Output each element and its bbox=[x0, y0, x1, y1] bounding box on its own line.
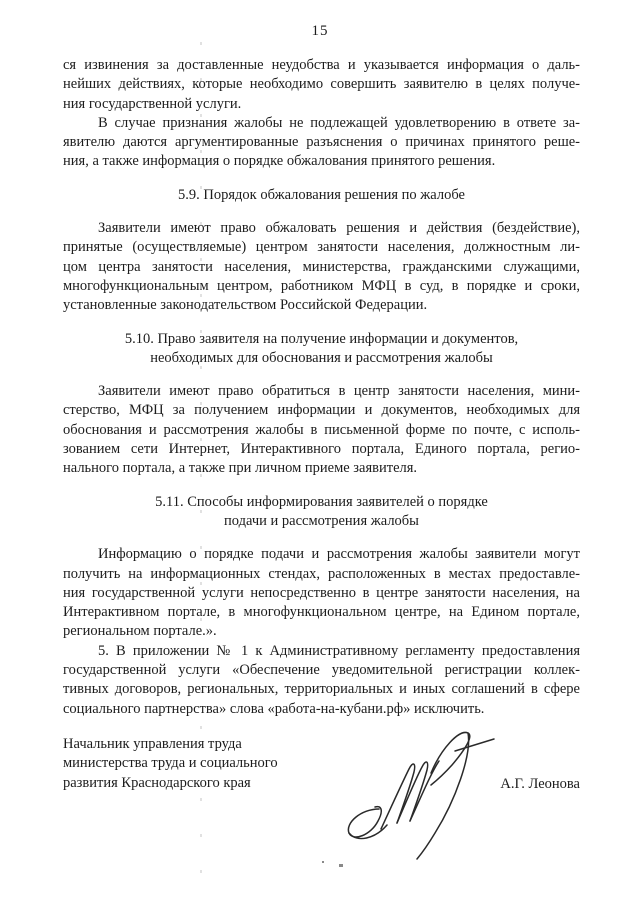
text-line: принятые (осуществляемые) центром занято… bbox=[63, 238, 580, 257]
text-line: ния государственной услуги непосредствен… bbox=[63, 584, 580, 603]
text-line: Информацию о порядке подачи и рассмотрен… bbox=[63, 545, 580, 564]
text-line: цом центра занятости населения, министер… bbox=[63, 258, 580, 277]
text-line: явителю даются аргументированные разъясн… bbox=[63, 133, 580, 152]
text-line: тивных договоров, региональных, территор… bbox=[63, 680, 580, 699]
document-body: ся извинения за доставленные неудобства … bbox=[63, 56, 580, 719]
text-line: государственной услуги «Обеспечение увед… bbox=[63, 661, 580, 680]
text-line: Заявители имеют право обжаловать решения… bbox=[63, 219, 580, 238]
text-line: В случае признания жалобы не подлежащей … bbox=[63, 114, 580, 133]
text-line: многофункциональным центром, работником … bbox=[63, 277, 580, 296]
page-number: 15 bbox=[0, 0, 640, 41]
text-line: социального партнерства» слова «работа-н… bbox=[63, 700, 580, 719]
text-line: нального портала, а также при личном при… bbox=[63, 459, 580, 478]
text-line: получить на информационных стендах, расп… bbox=[63, 565, 580, 584]
text-line: стерство, МФЦ за получением информации и… bbox=[63, 401, 580, 420]
text-line: обоснования и рассмотрения жалобы в пись… bbox=[63, 421, 580, 440]
text-line: Интерактивном портале, в многофункционал… bbox=[63, 603, 580, 622]
text-line: 5. В приложении № 1 к Административному … bbox=[63, 642, 580, 661]
signature-block: Начальник управления трудаминистерства т… bbox=[63, 735, 580, 885]
text-line: 5.9. Порядок обжалования решения по жало… bbox=[63, 186, 580, 205]
document-page: 15 ся извинения за доставленные неудобст… bbox=[0, 0, 640, 905]
text-line: установленные законодательством Российск… bbox=[63, 296, 580, 315]
signatory-title: Начальник управления трудаминистерства т… bbox=[63, 735, 323, 793]
text-line: 5.11. Способы информирования заявителей … bbox=[63, 493, 580, 512]
text-line: 5.10. Право заявителя на получение инфор… bbox=[63, 330, 580, 349]
signature-handwriting bbox=[331, 723, 511, 868]
text-line: региональном портале.». bbox=[63, 622, 580, 641]
section-heading: 5.10. Право заявителя на получение инфор… bbox=[63, 330, 580, 369]
paragraph: Заявители имеют право обратиться в центр… bbox=[63, 382, 580, 478]
signatory-name: А.Г. Леонова bbox=[500, 775, 580, 794]
paragraph: ся извинения за доставленные неудобства … bbox=[63, 56, 580, 114]
section-heading: 5.9. Порядок обжалования решения по жало… bbox=[63, 186, 580, 205]
text-line: нейших действиях, которые необходимо сов… bbox=[63, 75, 580, 94]
text-line: Начальник управления труда bbox=[63, 735, 323, 754]
paragraph: 5. В приложении № 1 к Административному … bbox=[63, 642, 580, 719]
section-heading: 5.11. Способы информирования заявителей … bbox=[63, 493, 580, 532]
text-line: зованием сети Интернет, Интерактивного п… bbox=[63, 440, 580, 459]
text-line: Заявители имеют право обратиться в центр… bbox=[63, 382, 580, 401]
paragraph: В случае признания жалобы не подлежащей … bbox=[63, 114, 580, 172]
text-line: ся извинения за доставленные неудобства … bbox=[63, 56, 580, 75]
text-line: развития Краснодарского края bbox=[63, 774, 323, 793]
text-line: необходимых для обоснования и рассмотрен… bbox=[63, 349, 580, 368]
text-line: министерства труда и социального bbox=[63, 754, 323, 773]
paragraph: Информацию о порядке подачи и рассмотрен… bbox=[63, 545, 580, 641]
text-line: ния, а также информация о порядке обжало… bbox=[63, 152, 580, 171]
text-line: подачи и рассмотрения жалобы bbox=[63, 512, 580, 531]
paragraph: Заявители имеют право обжаловать решения… bbox=[63, 219, 580, 315]
text-line: ния государственной услуги. bbox=[63, 95, 580, 114]
